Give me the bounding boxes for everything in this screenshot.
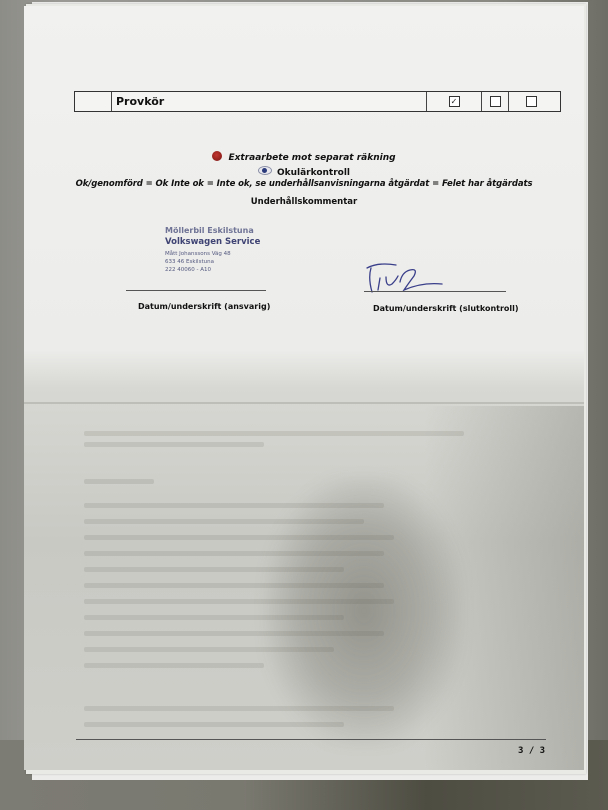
bleed-through-text (84, 431, 464, 436)
red-dot-icon (212, 151, 222, 161)
signature-label-final-check: Datum/underskrift (slutkontroll) (373, 304, 519, 313)
dealer-name: Möllerbil Eskilstuna (165, 226, 260, 235)
legend-extra-work: Extraarbete mot separat räkning (24, 151, 584, 163)
signature-line-final-check (364, 291, 506, 292)
ok-checkbox[interactable]: ✓ (449, 96, 460, 107)
legend-visual-check-text: Okulärkontroll (277, 168, 350, 178)
checklist-row-provkor: Provkör ✓ (74, 91, 561, 112)
not-ok-checkbox[interactable] (490, 96, 501, 107)
row-label: Provkör (112, 92, 427, 111)
dealer-stamp: Möllerbil Eskilstuna Volkswagen Service … (165, 226, 260, 274)
fixed-cell (509, 92, 553, 111)
footer-divider (76, 739, 546, 740)
legend-visual-check: Okulärkontroll (24, 166, 584, 178)
dealer-postal: 633 46 Eskilstuna (165, 258, 260, 266)
signature-label-responsible: Datum/underskrift (ansvarig) (138, 302, 270, 311)
legend-extra-work-text: Extraarbete mot separat räkning (228, 153, 395, 163)
maintenance-comment-heading: Underhållskommentar (24, 197, 584, 207)
fixed-checkbox[interactable] (526, 96, 537, 107)
status-key: Ok/genomförd = Ok Inte ok = Inte ok, se … (24, 179, 584, 189)
row-index-cell (75, 92, 112, 111)
document-page: Provkör ✓ Extraarbete mot separat räknin… (24, 6, 584, 770)
check-icon: ✓ (451, 97, 458, 106)
ok-cell: ✓ (427, 92, 482, 111)
dealer-street: Mått Johanssons Väg 48 (165, 250, 260, 258)
bleed-through-text (84, 442, 264, 447)
dealer-code: 222 40060 - A10 (165, 266, 260, 274)
page-shadow (424, 406, 584, 770)
bleed-through-text (84, 663, 264, 668)
not-ok-cell (482, 92, 509, 111)
eye-icon (258, 166, 272, 175)
page-number: 3 / 3 (518, 746, 545, 756)
bleed-through-text (84, 479, 154, 484)
brand-name: Volkswagen Service (165, 237, 260, 247)
signature-line-responsible (126, 290, 266, 291)
paper-fold (24, 402, 584, 404)
